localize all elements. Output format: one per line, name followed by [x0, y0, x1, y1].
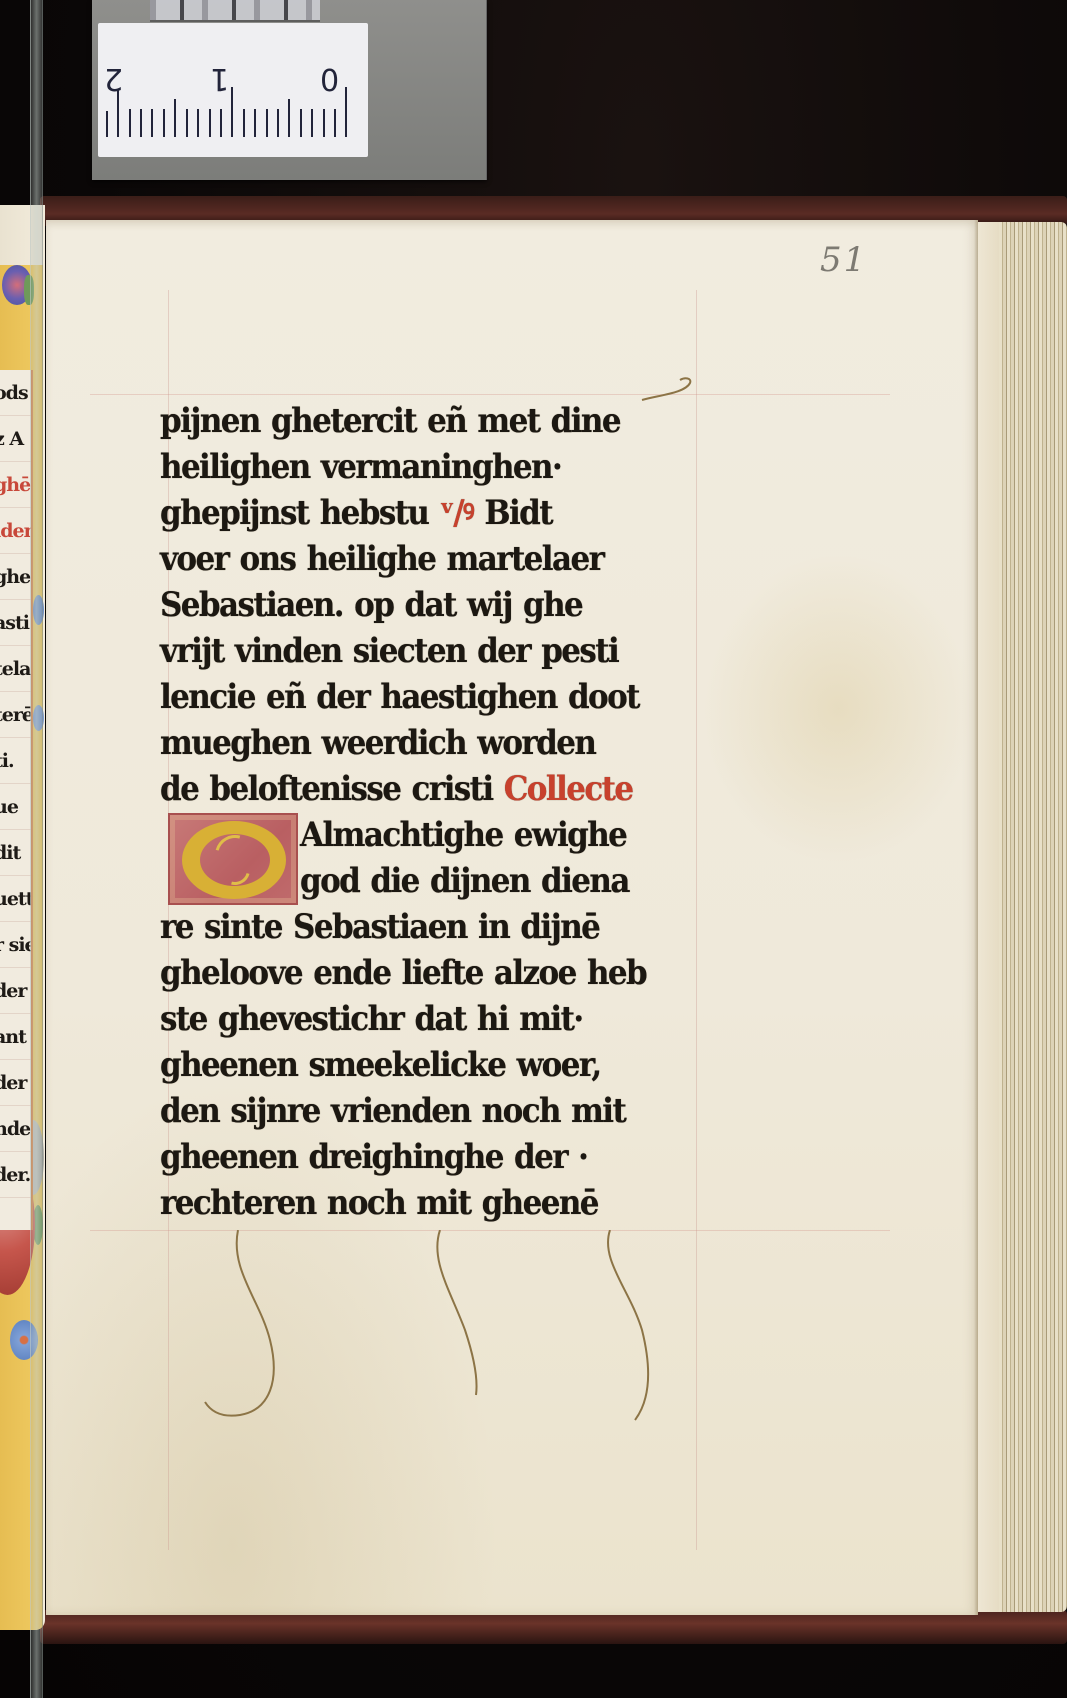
text-line: heilighen vermaninghen· — [160, 442, 720, 492]
glass-clamp-strip — [30, 0, 43, 1698]
facing-line: der — [0, 1060, 31, 1106]
facing-line: uett — [0, 876, 31, 922]
text-line: vrijt vinden siecten der pesti — [160, 626, 720, 676]
text-line: gheenen dreighinghe der · — [160, 1132, 720, 1182]
text-line: Almachtighe ewighe — [160, 810, 720, 860]
text-block: pijnen ghetercit eñ met dine heilighen v… — [160, 398, 720, 1226]
cadel-flourish-icon — [200, 1230, 320, 1430]
text-line: den sijnre vrienden noch mit — [160, 1086, 720, 1136]
facing-line: ods — [0, 370, 31, 416]
cadel-flourish-icon — [580, 1230, 670, 1430]
facing-line: ti. — [0, 738, 31, 784]
text-line: rechteren noch mit gheenē — [160, 1178, 720, 1228]
scale-ruler: 2 1 0 — [98, 23, 368, 157]
scale-clip — [150, 0, 320, 22]
facing-line: asti — [0, 600, 31, 646]
cadel-flourish-icon — [420, 1230, 500, 1410]
text-line: Sebastiaen. op dat wij ghe — [160, 580, 720, 630]
facing-line: tela — [0, 646, 31, 692]
facing-line: terē — [0, 692, 31, 738]
facing-line: ue — [0, 784, 31, 830]
facing-line: nde — [0, 1106, 31, 1152]
line-end-flourish-icon — [640, 375, 700, 405]
text-line: de beloftenisse cristi Collecte — [160, 764, 720, 814]
folio-number: 51 — [820, 240, 867, 280]
rubric-versicle: ᵛ/ꝰ — [440, 494, 474, 533]
text-line: mueghen weerdich worden — [160, 718, 720, 768]
text-line: voer ons heilighe martelaer — [160, 534, 720, 584]
text-line: pijnen ghetercit eñ met dine — [160, 396, 720, 446]
facing-line: r sie — [0, 922, 31, 968]
facing-line-rubric: ghē — [0, 462, 31, 508]
ruling-top — [90, 394, 890, 395]
text-line: ste ghevestichr dat hi mit· — [160, 994, 720, 1044]
facing-line: der — [0, 968, 31, 1014]
text-line: ghepijnst hebstu ᵛ/ꝰ Bidt — [160, 488, 720, 538]
facing-page-text: ods z A ghē ldena ghe asti tela terē ti.… — [0, 370, 33, 1230]
facing-line: der. — [0, 1152, 31, 1198]
rubric-collecte: Collecte — [504, 770, 633, 809]
text-line: gheenen smeekelicke woer, — [160, 1040, 720, 1090]
text-line: god die dijnen diena — [160, 856, 720, 906]
facing-line: ant — [0, 1014, 31, 1060]
facing-line: dit — [0, 830, 31, 876]
facing-line: z A — [0, 416, 31, 462]
text-line: re sinte Sebastiaen in dijnē — [160, 902, 720, 952]
binding-bottom-edge — [40, 1610, 1067, 1644]
facing-line-rubric: ldena — [0, 508, 31, 554]
page-stack-edge — [975, 222, 999, 1612]
facing-line: ghe — [0, 554, 31, 600]
text-line: lencie eñ der haestighen doot — [160, 672, 720, 722]
text-line: gheloove ende liefte alzoe heb — [160, 948, 720, 998]
ruler-ticks — [106, 87, 351, 137]
